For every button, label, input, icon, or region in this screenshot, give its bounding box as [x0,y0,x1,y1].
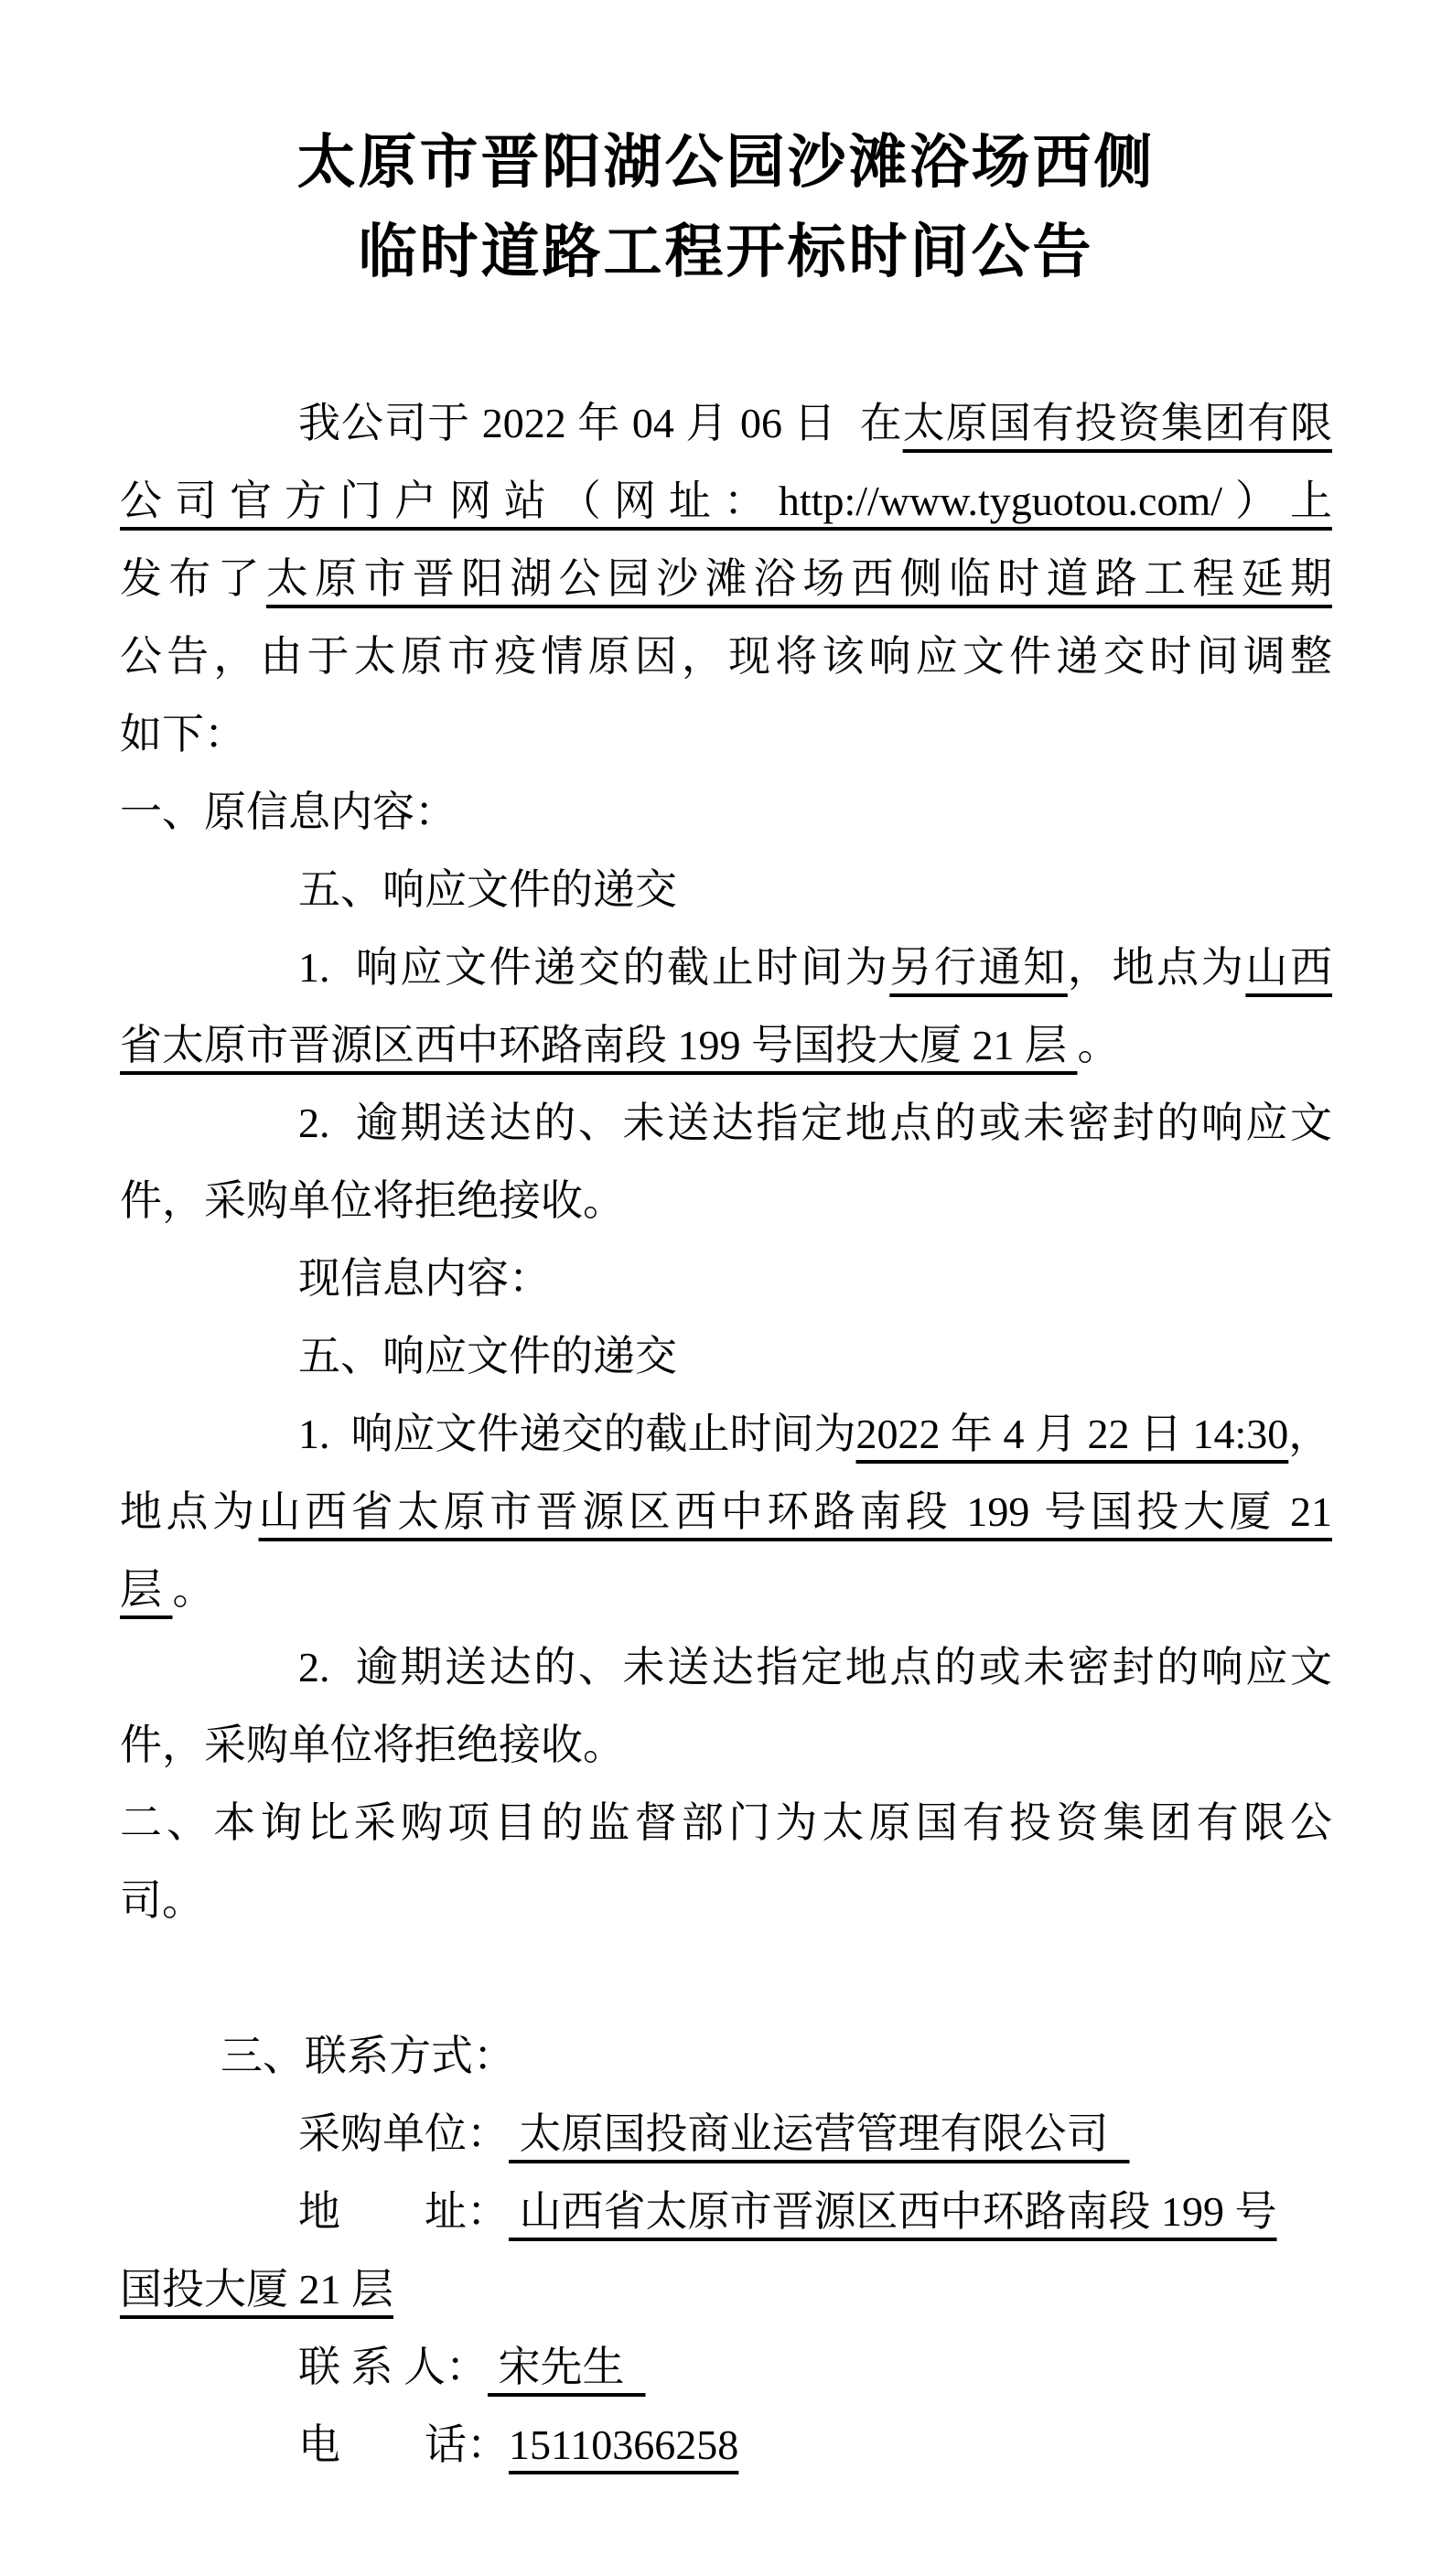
text-line: 如下： [120,695,1332,773]
document-body: 我公司于 2022 年 04 月 06 日 在太原国有投资集团有限公司官方门户网… [120,384,1332,2484]
text-line: 采购单位： 太原国投商业运营管理有限公司 [120,2095,1332,2173]
document-page: 太原市晋阳湖公园沙滩浴场西侧 临时道路工程开标时间公告 我公司于 2022 年 … [0,0,1452,2576]
text-line: 地 址： 山西省太原市晋源区西中环路南段 199 号 [120,2173,1332,2250]
text-line: 1. 响应文件递交的截止时间为另行通知，地点为山西 [120,928,1332,1006]
text-line: 1. 响应文件递交的截止时间为2022 年 4 月 22 日 14:30， [120,1395,1332,1473]
text-segment: 1. 响应文件递交的截止时间为 [298,1411,856,1457]
text-line: 件，采购单位将拒绝接收。 [120,1706,1332,1784]
text-line: 省太原市晋源区西中环路南段 199 号国投大厦 21 层 。 [120,1006,1332,1084]
text-line: 公告，由于太原市疫情原因，现将该响应文件递交时间调整 [120,617,1332,695]
underlined-text-segment: 山西省太原市晋源区西中环路南段 199 号国投大厦 21 [259,1488,1332,1535]
text-line: 联 系 人： 宋先生 [120,2328,1332,2406]
underlined-text-segment: 太原市晋阳湖公园沙滩浴场西侧临时道路工程延期 [266,555,1332,602]
text-line: 司。 [120,1862,1332,1939]
text-line: 地点为山西省太原市晋源区西中环路南段 199 号国投大厦 21 [120,1473,1332,1551]
text-segment: 一、原信息内容： [120,789,457,835]
text-segment: 件，采购单位将拒绝接收。 [120,1177,625,1224]
text-segment: 地 址： [298,2188,509,2235]
text-segment: 公告，由于太原市疫情原因，现将该响应文件递交时间调整 [120,633,1332,680]
text-segment: 如下： [120,711,246,757]
text-segment: 2. 逾期送达的、未送达指定地点的或未密封的响应文 [298,1644,1332,1690]
text-segment: 联 系 人： [298,2344,488,2390]
text-segment: ， [1288,1411,1330,1457]
text-segment: 我公司于 2022 年 04 月 06 日 在 [298,400,903,446]
text-segment: 电 话： [298,2421,509,2468]
text-line: 发布了太原市晋阳湖公园沙滩浴场西侧临时道路工程延期 [120,540,1332,617]
text-line: 2. 逾期送达的、未送达指定地点的或未密封的响应文 [120,1628,1332,1706]
text-line: 一、原信息内容： [120,773,1332,851]
text-segment: 件，采购单位将拒绝接收。 [120,1722,625,1768]
text-line: 五、响应文件的递交 [120,851,1332,928]
underlined-text-segment: 另行通知 [889,944,1068,991]
title-line-2: 临时道路工程开标时间公告 [0,207,1452,296]
text-line: 层 。 [120,1551,1332,1628]
text-segment: 五、响应文件的递交 [298,1333,677,1379]
blank-line [120,1939,1332,2017]
underlined-text-segment: 2022 年 4 月 22 日 14:30 [856,1411,1289,1457]
text-line: 件，采购单位将拒绝接收。 [120,1162,1332,1240]
text-segment: 发布了 [120,555,266,602]
title-line-1: 太原市晋阳湖公园沙滩浴场西侧 [0,117,1452,207]
text-line: 国投大厦 21 层 [120,2250,1332,2328]
underlined-text-segment: 公司官方门户网站（网址：http://www.tyguotou.com/）上 [120,478,1332,524]
text-segment: 三、联系方式： [220,2033,515,2079]
text-line: 三、联系方式： [120,2017,1332,2095]
underlined-text-segment: 山西 [1245,944,1332,991]
underlined-text-segment: 国投大厦 21 层 [120,2266,393,2313]
text-segment: ，地点为 [1068,944,1246,991]
text-line: 我公司于 2022 年 04 月 06 日 在太原国有投资集团有限 [120,384,1332,462]
text-segment: 司。 [120,1877,204,1924]
text-segment: 采购单位： [298,2110,509,2157]
document-title: 太原市晋阳湖公园沙滩浴场西侧 临时道路工程开标时间公告 [0,117,1452,296]
text-segment: 2. 逾期送达的、未送达指定地点的或未密封的响应文 [298,1100,1332,1146]
underlined-text-segment: 省太原市晋源区西中环路南段 199 号国投大厦 21 层 [120,1022,1078,1068]
underlined-text-segment: 15110366258 [509,2421,738,2468]
text-line: 现信息内容： [120,1240,1332,1317]
text-line: 电 话：15110366258 [120,2406,1332,2484]
underlined-text-segment: 层 [120,1566,173,1613]
text-segment: 二、本询比采购项目的监督部门为太原国有投资集团有限公 [120,1799,1332,1846]
text-segment: 。 [173,1566,215,1613]
underlined-text-segment: 山西省太原市晋源区西中环路南段 199 号 [509,2188,1277,2235]
text-line: 五、响应文件的递交 [120,1317,1332,1395]
text-segment: 地点为 [120,1488,259,1535]
underlined-text-segment: 宋先生 [488,2344,646,2390]
text-segment: 。 [1078,1022,1120,1068]
underlined-text-segment: 太原国投商业运营管理有限公司 [509,2110,1130,2157]
text-segment: 五、响应文件的递交 [298,866,677,913]
text-segment: 现信息内容： [298,1255,551,1302]
text-line: 2. 逾期送达的、未送达指定地点的或未密封的响应文 [120,1084,1332,1162]
text-segment: 1. 响应文件递交的截止时间为 [298,944,889,991]
text-line: 公司官方门户网站（网址：http://www.tyguotou.com/）上 [120,462,1332,540]
text-line: 二、本询比采购项目的监督部门为太原国有投资集团有限公 [120,1784,1332,1862]
underlined-text-segment: 太原国有投资集团有限 [903,400,1332,446]
